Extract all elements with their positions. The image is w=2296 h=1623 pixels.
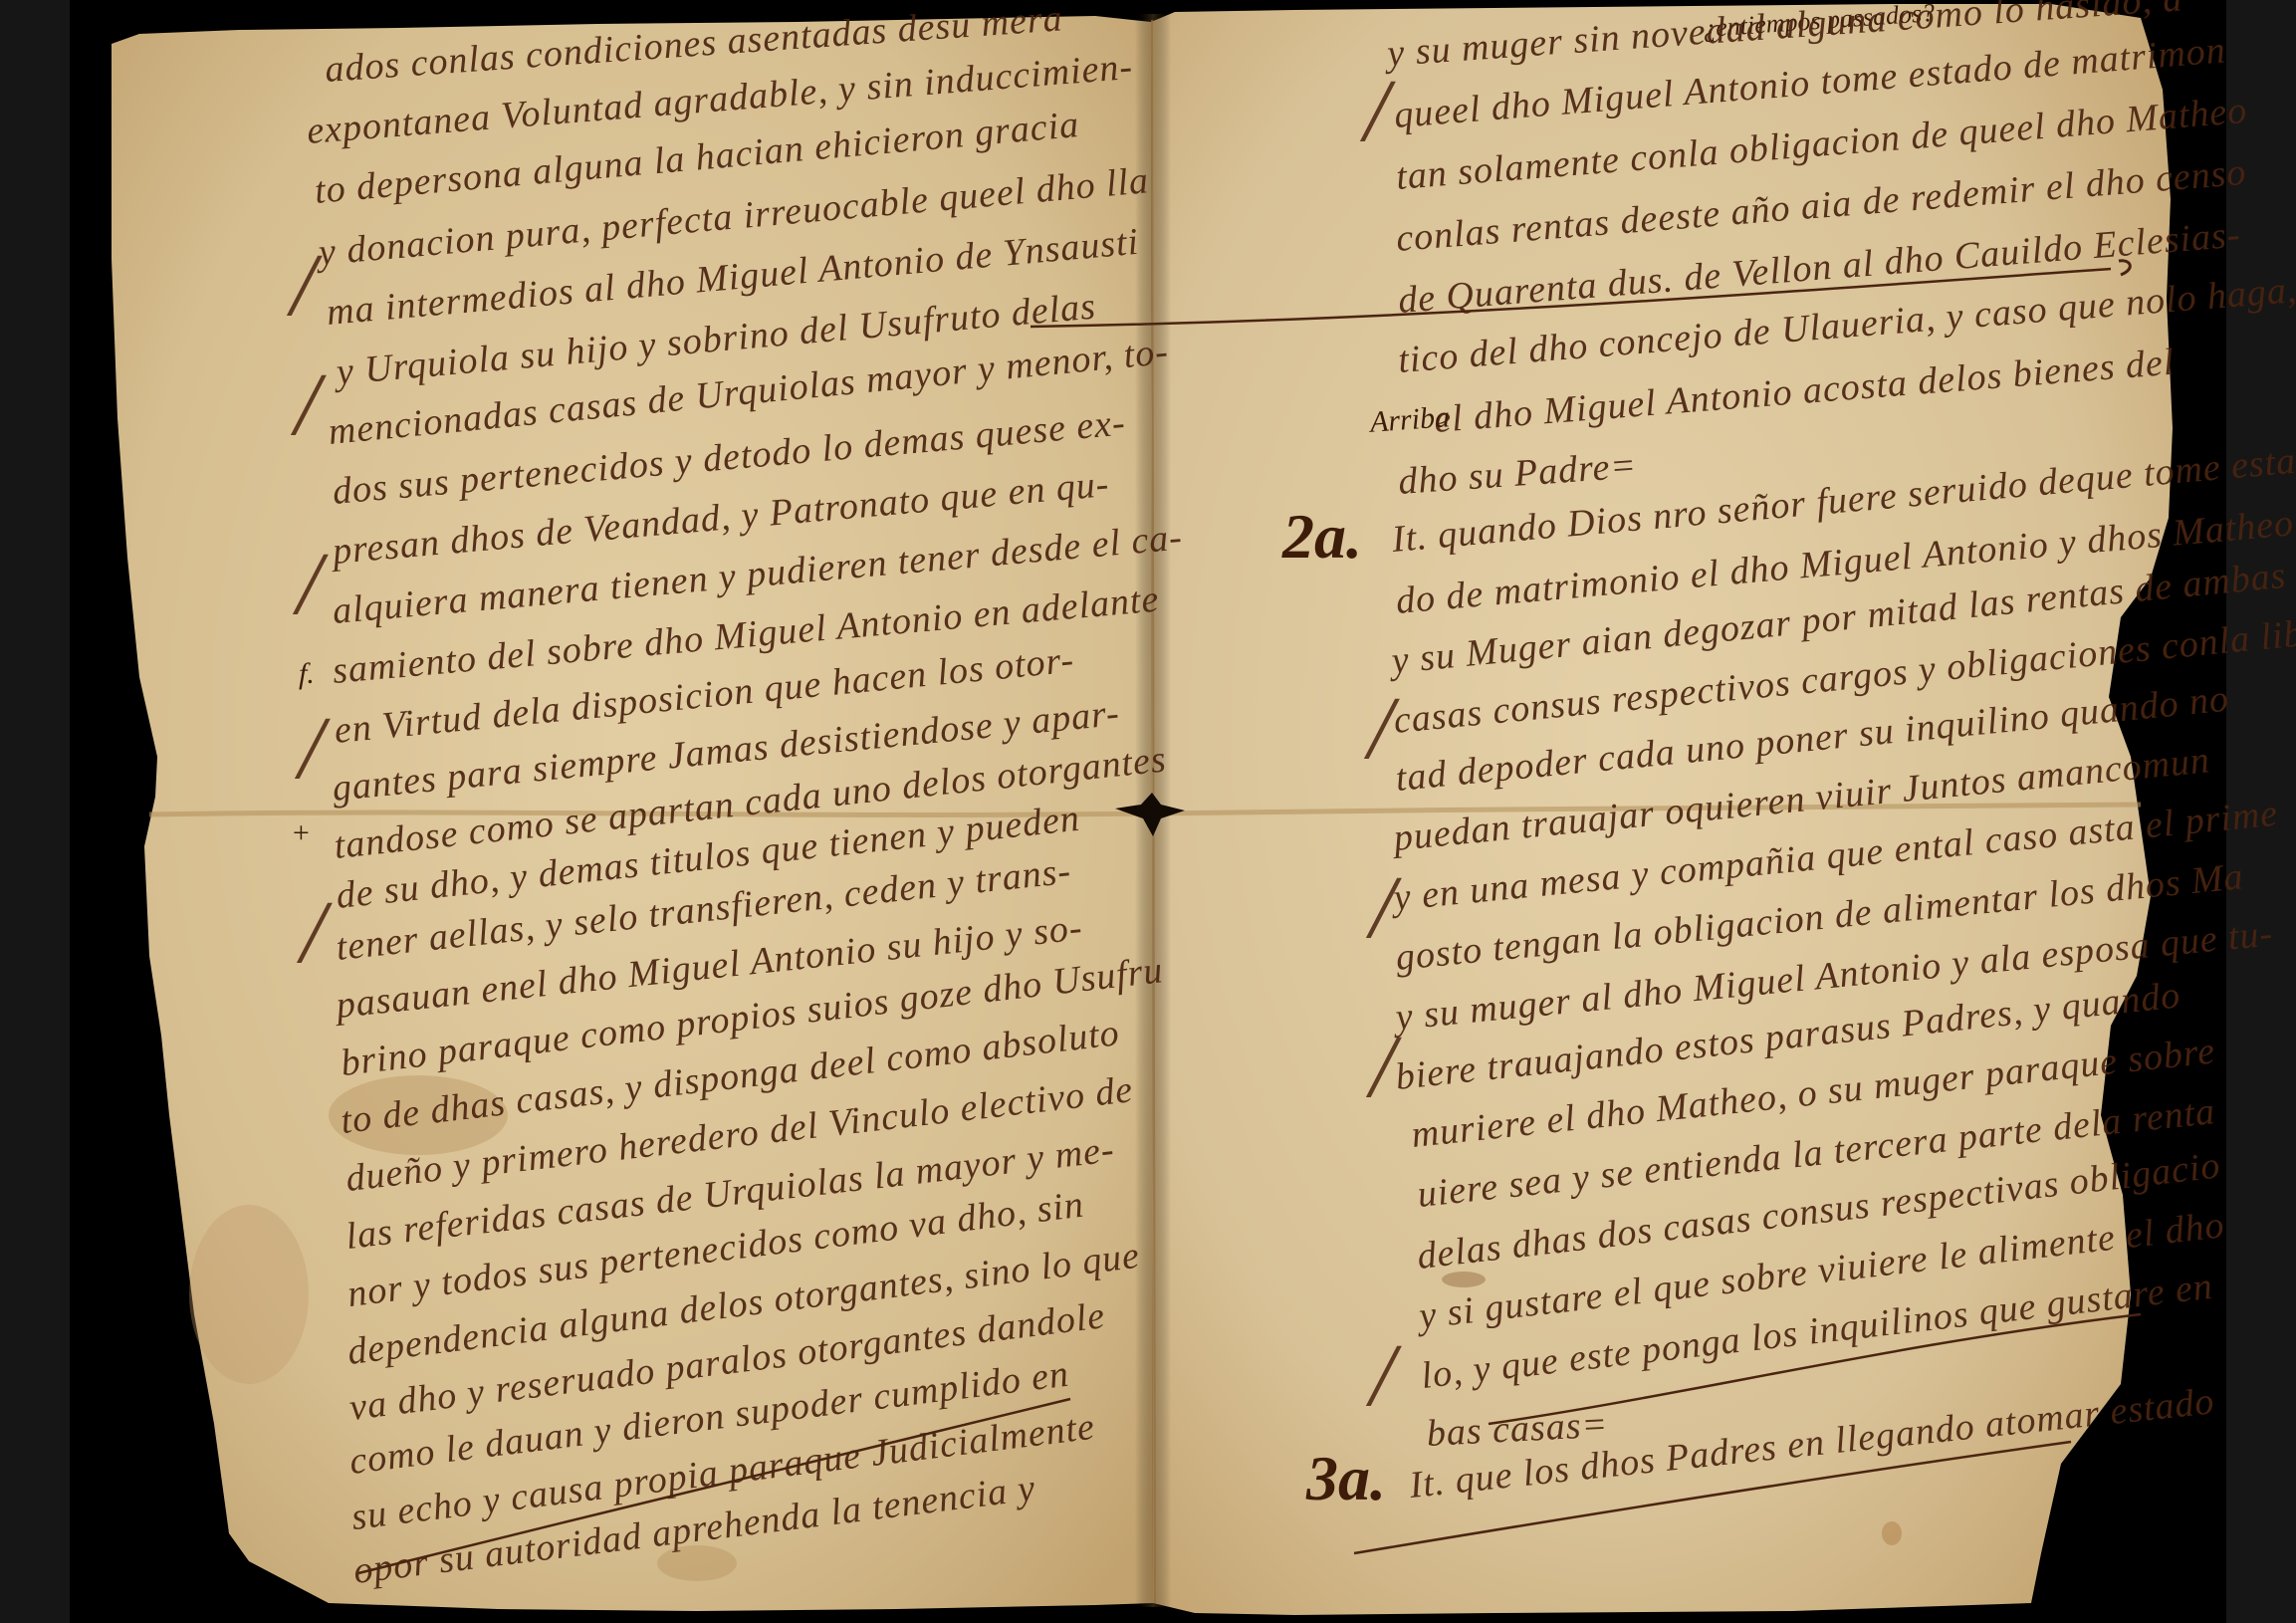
item-number-3: 3a. — [1306, 1442, 1386, 1515]
left-margin-stroke-5: / — [301, 881, 326, 984]
left-margin-stroke-1: / — [291, 234, 316, 337]
left-margin-cross: + — [291, 816, 311, 850]
right-margin-stroke-3: / — [1370, 856, 1395, 959]
right-margin-stroke-5: / — [1370, 1324, 1395, 1427]
left-margin-note: f. — [299, 657, 315, 691]
left-margin-stroke-2: / — [295, 353, 320, 456]
left-margin-stroke-4: / — [299, 697, 324, 800]
right-margin-stroke-4: / — [1370, 1016, 1395, 1118]
margin-note-arriba: Arriba — [1369, 400, 1451, 439]
item-number-2: 2a. — [1282, 500, 1362, 574]
left-margin-stroke-3: / — [297, 533, 322, 635]
right-margin-stroke-2: / — [1368, 677, 1393, 780]
right-margin-stroke-1: / — [1364, 60, 1389, 162]
